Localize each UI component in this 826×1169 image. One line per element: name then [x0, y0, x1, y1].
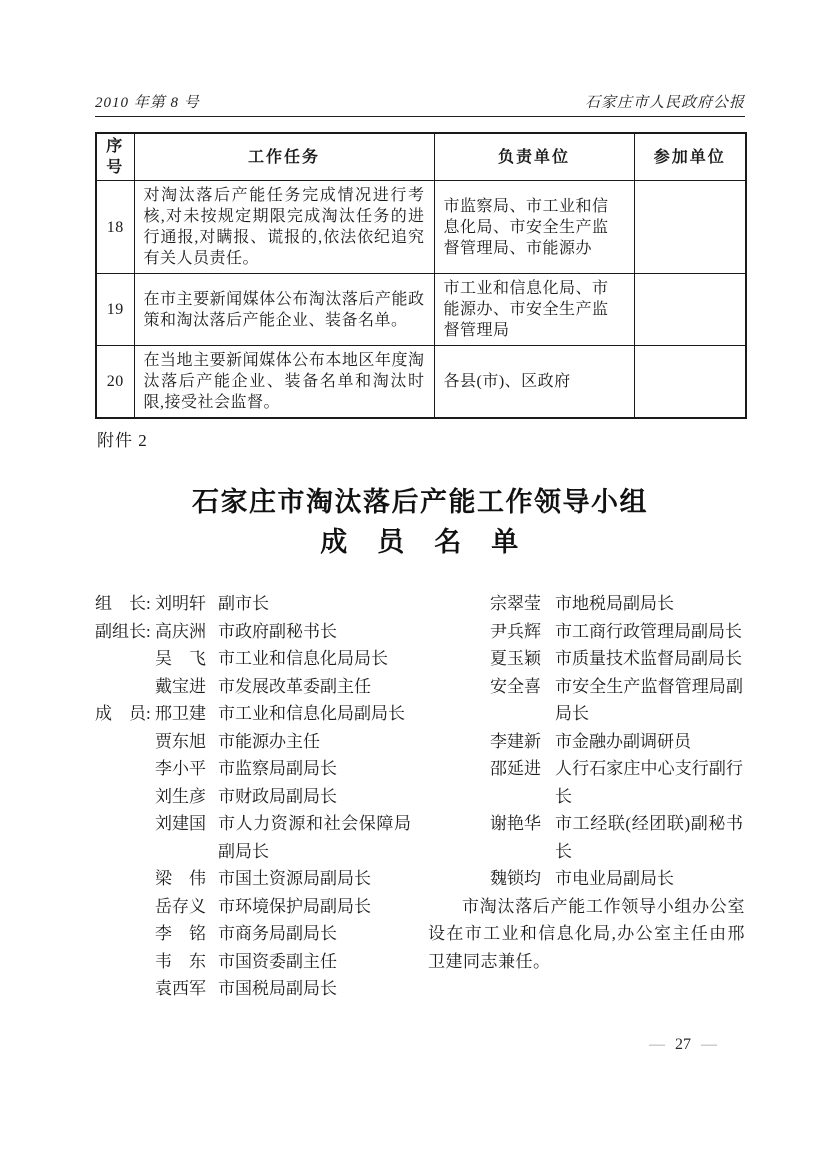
member-name: 安全喜 [490, 673, 555, 728]
member-row: 邵延进 人行石家庄中心支行副行长 [428, 755, 745, 810]
serial-cell: 20 [96, 346, 134, 419]
member-name: 魏锁均 [490, 865, 555, 893]
member-name: 邢卫建 [155, 700, 218, 728]
member-position: 市国税局副局长 [218, 975, 411, 1003]
member-row: 李建新 市金融办副调研员 [428, 728, 745, 756]
member-name: 梁 伟 [155, 865, 218, 893]
member-name: 谢艳华 [490, 810, 555, 865]
member-position: 市财政局副局长 [218, 783, 411, 811]
serial-cell: 18 [96, 181, 134, 274]
participant-cell [634, 274, 746, 346]
column-header-task: 工作任务 [134, 133, 434, 181]
gazette-name: 石家庄市人民政府公报 [585, 91, 745, 112]
member-row: 吴 飞 市工业和信息化局局长 [95, 645, 428, 673]
member-role [95, 755, 155, 783]
member-name: 夏玉颖 [490, 645, 555, 673]
closing-paragraph: 市淘汰落后产能工作领导小组办公室设在市工业和信息化局,办公室主任由邢卫建同志兼任… [428, 893, 745, 976]
member-position: 市人力资源和社会保障局副局长 [218, 810, 411, 865]
member-name: 吴 飞 [155, 645, 218, 673]
member-row: 成 员: 邢卫建 市工业和信息化局副局长 [95, 700, 428, 728]
member-role [95, 865, 155, 893]
members-list: 组 长: 刘明轩 副市长 副组长: 高庆洲 市政府副秘书长 吴 飞 市工业和信息… [95, 590, 745, 1003]
table-header-row: 序号 工作任务 负责单位 参加单位 [96, 133, 746, 181]
member-position: 市商务局副局长 [218, 920, 411, 948]
attachment-title-line1: 石家庄市淘汰落后产能工作领导小组 [192, 487, 648, 517]
member-role [95, 728, 155, 756]
member-position: 市国资委副主任 [218, 948, 411, 976]
member-name: 宗翠莹 [490, 590, 555, 618]
tasks-table: 序号 工作任务 负责单位 参加单位 18 对淘汰落后产能任务完成情况进行考核,对… [95, 132, 747, 419]
member-name: 岳存义 [155, 893, 218, 921]
member-row: 李 铭 市商务局副局长 [95, 920, 428, 948]
participant-cell [634, 181, 746, 274]
member-role [95, 673, 155, 701]
responsible-cell: 市工业和信息化局、市能源办、市安全生产监督管理局 [434, 274, 634, 346]
member-position: 市发展改革委副主任 [218, 673, 411, 701]
page-number-dash-right: — [701, 1036, 717, 1053]
member-role [95, 783, 155, 811]
member-position: 市工商行政管理局副局长 [555, 618, 743, 646]
member-row: 戴宝进 市发展改革委副主任 [95, 673, 428, 701]
member-position: 人行石家庄中心支行副行长 [555, 755, 743, 810]
member-role [95, 810, 155, 865]
member-row: 袁西军 市国税局副局长 [95, 975, 428, 1003]
member-role: 副组长: [95, 618, 155, 646]
member-role: 成 员: [95, 700, 155, 728]
page-number-value: 27 [675, 1036, 691, 1053]
member-row: 韦 东 市国资委副主任 [95, 948, 428, 976]
member-name: 高庆洲 [155, 618, 218, 646]
participant-cell [634, 346, 746, 419]
column-header-serial: 序号 [96, 133, 134, 181]
member-row: 魏锁均 市电业局副局长 [428, 865, 745, 893]
serial-cell: 19 [96, 274, 134, 346]
member-row: 梁 伟 市国土资源局副局长 [95, 865, 428, 893]
member-role: 组 长: [95, 590, 155, 618]
task-cell: 在市主要新闻媒体公布淘汰落后产能政策和淘汰落后产能企业、装备名单。 [134, 274, 434, 346]
attachment-label: 附件 2 [97, 426, 148, 451]
member-name: 刘生彦 [155, 783, 218, 811]
member-name: 戴宝进 [155, 673, 218, 701]
member-position: 市监察局副局长 [218, 755, 411, 783]
member-name: 李 铭 [155, 920, 218, 948]
table-row: 19 在市主要新闻媒体公布淘汰落后产能政策和淘汰落后产能企业、装备名单。 市工业… [96, 274, 746, 346]
member-row: 宗翠莹 市地税局副局长 [428, 590, 745, 618]
task-cell: 对淘汰落后产能任务完成情况进行考核,对未按规定期限完成淘汰任务的进行通报,对瞒报… [134, 181, 434, 274]
member-position: 市金融办副调研员 [555, 728, 743, 756]
member-role [95, 893, 155, 921]
member-row: 副组长: 高庆洲 市政府副秘书长 [95, 618, 428, 646]
member-row: 李小平 市监察局副局长 [95, 755, 428, 783]
member-position: 市能源办主任 [218, 728, 411, 756]
responsible-cell: 各县(市)、区政府 [434, 346, 634, 419]
attachment-title: 石家庄市淘汰落后产能工作领导小组 成 员 名 单 [95, 482, 745, 562]
member-name: 刘明轩 [155, 590, 218, 618]
member-position: 市工业和信息化局副局长 [218, 700, 411, 728]
member-row: 刘建国 市人力资源和社会保障局副局长 [95, 810, 428, 865]
member-role [95, 920, 155, 948]
member-name: 刘建国 [155, 810, 218, 865]
member-name: 邵延进 [490, 755, 555, 810]
member-name: 李小平 [155, 755, 218, 783]
members-right-rows: 宗翠莹 市地税局副局长 尹兵辉 市工商行政管理局副局长 夏玉颖 市质量技术监督局… [428, 590, 745, 893]
header-divider [95, 116, 745, 117]
members-left-column: 组 长: 刘明轩 副市长 副组长: 高庆洲 市政府副秘书长 吴 飞 市工业和信息… [95, 590, 428, 1003]
page-number: —27— [95, 1036, 745, 1054]
member-position: 市质量技术监督局副局长 [555, 645, 743, 673]
member-row: 夏玉颖 市质量技术监督局副局长 [428, 645, 745, 673]
member-role [95, 645, 155, 673]
member-position: 市工业和信息化局局长 [218, 645, 411, 673]
member-position: 市环境保护局副局长 [218, 893, 411, 921]
member-name: 韦 东 [155, 948, 218, 976]
member-name: 袁西军 [155, 975, 218, 1003]
member-position: 市安全生产监督管理局副局长 [555, 673, 743, 728]
running-header: 2010 年第 8 号 石家庄市人民政府公报 [95, 91, 745, 112]
member-name: 李建新 [490, 728, 555, 756]
member-role [95, 948, 155, 976]
member-row: 刘生彦 市财政局副局长 [95, 783, 428, 811]
column-header-responsible: 负责单位 [434, 133, 634, 181]
members-right-column: 宗翠莹 市地税局副局长 尹兵辉 市工商行政管理局副局长 夏玉颖 市质量技术监督局… [428, 590, 745, 1003]
issue-number: 2010 年第 8 号 [95, 91, 200, 112]
responsible-cell: 市监察局、市工业和信息化局、市安全生产监督管理局、市能源办 [434, 181, 634, 274]
member-position: 市政府副秘书长 [218, 618, 411, 646]
member-role [95, 975, 155, 1003]
column-header-participant: 参加单位 [634, 133, 746, 181]
member-position: 市工经联(经团联)副秘书长 [555, 810, 743, 865]
member-position: 市国土资源局副局长 [218, 865, 411, 893]
member-position: 副市长 [218, 590, 411, 618]
attachment-title-line2: 成 员 名 单 [320, 527, 520, 557]
member-position: 市地税局副局长 [555, 590, 743, 618]
table-row: 20 在当地主要新闻媒体公布本地区年度淘汰落后产能企业、装备名单和淘汰时限,接受… [96, 346, 746, 419]
member-name: 尹兵辉 [490, 618, 555, 646]
member-name: 贾东旭 [155, 728, 218, 756]
member-row: 谢艳华 市工经联(经团联)副秘书长 [428, 810, 745, 865]
member-row: 贾东旭 市能源办主任 [95, 728, 428, 756]
member-row: 尹兵辉 市工商行政管理局副局长 [428, 618, 745, 646]
member-position: 市电业局副局长 [555, 865, 743, 893]
member-row: 安全喜 市安全生产监督管理局副局长 [428, 673, 745, 728]
task-cell: 在当地主要新闻媒体公布本地区年度淘汰落后产能企业、装备名单和淘汰时限,接受社会监… [134, 346, 434, 419]
table-row: 18 对淘汰落后产能任务完成情况进行考核,对未按规定期限完成淘汰任务的进行通报,… [96, 181, 746, 274]
member-row: 组 长: 刘明轩 副市长 [95, 590, 428, 618]
page-number-dash-left: — [649, 1036, 665, 1053]
member-row: 岳存义 市环境保护局副局长 [95, 893, 428, 921]
gazette-page: 2010 年第 8 号 石家庄市人民政府公报 序号 工作任务 负责单位 参加单位… [0, 0, 826, 1169]
